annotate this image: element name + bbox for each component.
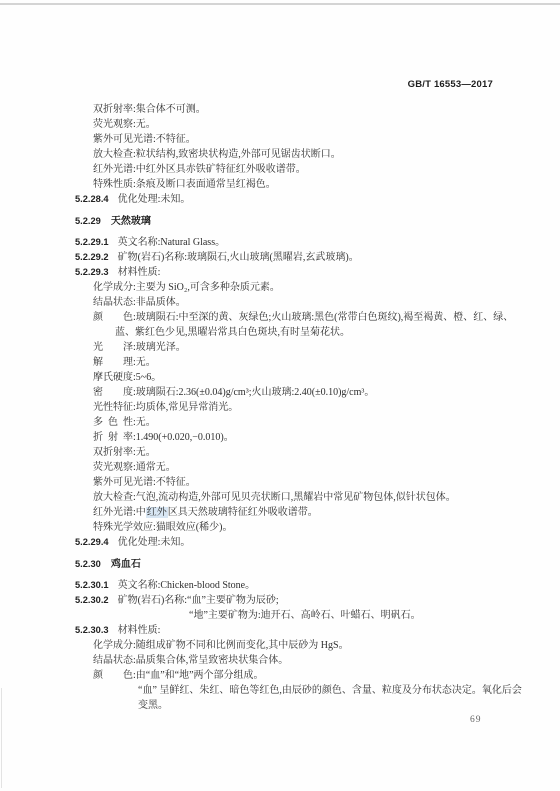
property-label: 放大检查 bbox=[93, 147, 133, 162]
property-label: 双折射率 bbox=[93, 445, 133, 460]
property-label: 化学成分 bbox=[93, 638, 133, 653]
line-text: 不特征。 bbox=[156, 134, 196, 145]
line-text: 无。 bbox=[136, 417, 156, 428]
line-text: 无。 bbox=[136, 447, 156, 458]
property-line: 折射率:1.490(+0.020,−0.010)。 bbox=[93, 430, 525, 445]
continuation-line: “血” 呈鲜红、朱红、暗色等红色,由辰砂的颜色、含量、粒度及分布状态决定。氧化后… bbox=[138, 683, 525, 698]
line-text: 由“血”和“地”两个部分组成。 bbox=[136, 670, 264, 681]
document-content: 双折射率:集合体不可测。荧光观察:无。紫外可见光谱:不特征。放大检查:粒状结构,… bbox=[75, 102, 525, 713]
property-label: 特殊性质 bbox=[93, 177, 133, 192]
line-text: “地”主要矿物为:迪开石、高岭石、叶蜡石、明矾石。 bbox=[189, 610, 421, 621]
line-text: 中 bbox=[136, 507, 146, 518]
property-label: 紫外可见光谱 bbox=[93, 134, 153, 145]
property-label: 折射率 bbox=[93, 430, 133, 445]
standard-number-header: GB/T 16553—2017 bbox=[408, 79, 493, 90]
property-line: 结晶状态:晶质集合体,常呈致密块状集合体。 bbox=[93, 653, 525, 668]
property-line: 荧光观察:通常无。 bbox=[93, 460, 525, 475]
section-number: 5.2.30 bbox=[75, 559, 101, 569]
line-text: 1.490(+0.020,−0.010)。 bbox=[136, 432, 234, 443]
section-number: 5.2.29.1 bbox=[75, 237, 109, 247]
line-text: 优化处理:未知。 bbox=[118, 194, 191, 205]
line-text: 无。 bbox=[136, 357, 156, 368]
line-text: 集合体不可测。 bbox=[136, 104, 206, 115]
property-line: 红外光谱:中红外区具赤铁矿特征红外吸收谱带。 bbox=[93, 162, 525, 177]
property-label: 密度 bbox=[93, 385, 133, 400]
line-text: 玻璃陨石:中至深的黄、灰绿色;火山玻璃:黑色(常带白色斑纹),褐至褐黄、橙、红、… bbox=[136, 312, 514, 323]
line-text: 玻璃光泽。 bbox=[136, 342, 186, 353]
line-text: 蓝、紫红色少见,黑曜岩常具白色斑块,有时呈菊花状。 bbox=[115, 327, 350, 338]
section-number: 5.2.28.4 bbox=[75, 194, 109, 204]
property-label: 多色性 bbox=[93, 415, 133, 430]
property-label: 化学成分 bbox=[93, 280, 133, 295]
property-label: 颜色 bbox=[93, 668, 133, 683]
property-line: 光泽:玻璃光泽。 bbox=[93, 340, 525, 355]
line-text: 主要为 SiO₂,可含多种杂质元素。 bbox=[136, 282, 280, 293]
property-line: 特殊光学效应:猫眼效应(稀少)。 bbox=[93, 520, 525, 535]
numbered-item: 5.2.30.2矿物(岩石)名称:“血”主要矿物为辰砂; bbox=[75, 593, 525, 608]
section-number: 5.2.29.2 bbox=[75, 252, 109, 262]
property-label: 解理 bbox=[93, 355, 133, 370]
section-number: 5.2.30.2 bbox=[75, 595, 109, 605]
property-label: 双折射率 bbox=[93, 102, 133, 117]
numbered-item: 5.2.28.4优化处理:未知。 bbox=[75, 192, 525, 207]
property-label: 红外光谱 bbox=[93, 162, 133, 177]
property-line: 颜色:由“血”和“地”两个部分组成。 bbox=[93, 668, 525, 683]
property-line: 密度:玻璃陨石:2.36(±0.04)g/cm³;火山玻璃:2.40(±0.10… bbox=[93, 385, 525, 400]
property-line: 多色性:无。 bbox=[93, 415, 525, 430]
property-line: 颜色:玻璃陨石:中至深的黄、灰绿色;火山玻璃:黑色(常带白色斑纹),褐至褐黄、橙… bbox=[93, 310, 525, 325]
line-text: 晶质集合体,常呈致密块状集合体。 bbox=[136, 655, 289, 666]
property-label: 荧光观察 bbox=[93, 117, 133, 132]
section-title: 天然玻璃 bbox=[111, 216, 151, 227]
section-number: 5.2.30.1 bbox=[75, 580, 109, 590]
line-text: 英文名称:Natural Glass。 bbox=[118, 237, 226, 248]
section-number: 5.2.29 bbox=[75, 216, 101, 226]
property-line: 结晶状态:非晶质体。 bbox=[93, 295, 525, 310]
line-text: 英文名称:Chicken-blood Stone。 bbox=[118, 580, 256, 591]
property-line: 紫外可见光谱:不特征。 bbox=[93, 475, 525, 490]
property-label: 特殊光学效应 bbox=[93, 522, 153, 533]
property-line: 红外光谱:中红外区具天然玻璃特征红外吸收谱带。 bbox=[93, 505, 525, 520]
property-line: 放大检查:气泡,流动构造,外部可见贝壳状断口,黑耀岩中常见矿物包体,似针状包体。 bbox=[93, 490, 525, 505]
line-text: 通常无。 bbox=[136, 462, 176, 473]
property-label: 紫外可见光谱 bbox=[93, 477, 153, 488]
property-label: 结晶状态 bbox=[93, 295, 133, 310]
property-label: 结晶状态 bbox=[93, 653, 133, 668]
numbered-item: 5.2.30.3材料性质: bbox=[75, 623, 525, 638]
property-line: 放大检查:粒状结构,致密块状构造,外部可见锯齿状断口。 bbox=[93, 147, 525, 162]
property-line: 化学成分:主要为 SiO₂,可含多种杂质元素。 bbox=[93, 280, 525, 295]
property-label: 红外光谱 bbox=[93, 505, 133, 520]
numbered-item: 5.2.29.4优化处理:未知。 bbox=[75, 535, 525, 550]
section-number: 5.2.30.3 bbox=[75, 625, 109, 635]
property-line: 双折射率:无。 bbox=[93, 445, 525, 460]
line-text: “血” 呈鲜红、朱红、暗色等红色,由辰砂的颜色、含量、粒度及分布状态决定。氧化后… bbox=[138, 685, 522, 696]
line-text: 材料性质: bbox=[118, 625, 161, 636]
line-text: 材料性质: bbox=[118, 267, 161, 278]
property-line: 光性特征:均质体,常见异常消光。 bbox=[93, 400, 525, 415]
line-text: 非晶质体。 bbox=[136, 297, 186, 308]
continuation-line: 蓝、紫红色少见,黑曜岩常具白色斑块,有时呈菊花状。 bbox=[115, 325, 525, 340]
line-text: 均质体,常见异常消光。 bbox=[136, 402, 239, 413]
line-text: 气泡,流动构造,外部可见贝壳状断口,黑耀岩中常见矿物包体,似针状包体。 bbox=[136, 492, 456, 503]
section-heading: 5.2.29天然玻璃 bbox=[75, 214, 525, 229]
property-label: 光泽 bbox=[93, 340, 133, 355]
line-text: 5~6。 bbox=[136, 372, 161, 383]
section-number: 5.2.29.3 bbox=[75, 267, 109, 277]
numbered-item: 5.2.29.1英文名称:Natural Glass。 bbox=[75, 235, 525, 250]
property-label: 光性特征 bbox=[93, 400, 133, 415]
line-text: 优化处理:未知。 bbox=[118, 537, 191, 548]
numbered-item: 5.2.29.3材料性质: bbox=[75, 265, 525, 280]
property-line: 解理:无。 bbox=[93, 355, 525, 370]
property-label: 荧光观察 bbox=[93, 460, 133, 475]
continuation-line: 变黑。 bbox=[138, 698, 525, 713]
page-number: 69 bbox=[470, 715, 482, 725]
property-label: 颜色 bbox=[93, 310, 133, 325]
scan-edge-left bbox=[1, 688, 2, 788]
line-text: 猫眼效应(稀少)。 bbox=[156, 522, 233, 533]
line-text: 粒状结构,致密块状构造,外部可见锯齿状断口。 bbox=[136, 149, 341, 160]
line-text: 不特征。 bbox=[156, 477, 196, 488]
document-page: GB/T 16553—2017 双折射率:集合体不可测。荧光观察:无。紫外可见光… bbox=[0, 0, 560, 791]
continuation-line: “地”主要矿物为:迪开石、高岭石、叶蜡石、明矾石。 bbox=[189, 608, 525, 623]
line-text: 中红外区具赤铁矿特征红外吸收谱带。 bbox=[136, 164, 306, 175]
line-text: 无。 bbox=[136, 119, 156, 130]
numbered-item: 5.2.30.1英文名称:Chicken-blood Stone。 bbox=[75, 578, 525, 593]
line-text: 随组成矿物不同和比例而变化,其中辰砂为 HgS。 bbox=[136, 640, 349, 651]
line-text: 条痕及断口表面通常呈红褐色。 bbox=[136, 179, 276, 190]
property-line: 特殊性质:条痕及断口表面通常呈红褐色。 bbox=[93, 177, 525, 192]
section-heading: 5.2.30鸡血石 bbox=[75, 557, 525, 572]
line-text: 变黑。 bbox=[138, 700, 168, 711]
highlighted-text: 红外 bbox=[146, 507, 168, 518]
property-line: 摩氏硬度:5~6。 bbox=[93, 370, 525, 385]
property-line: 双折射率:集合体不可测。 bbox=[93, 102, 525, 117]
property-label: 摩氏硬度 bbox=[93, 370, 133, 385]
section-title: 鸡血石 bbox=[111, 559, 141, 570]
numbered-item: 5.2.29.2矿物(岩石)名称:玻璃陨石,火山玻璃(黑曜岩,玄武玻璃)。 bbox=[75, 250, 525, 265]
line-text: 区具天然玻璃特征红外吸收谱带。 bbox=[168, 507, 318, 518]
line-text: 矿物(岩石)名称:“血”主要矿物为辰砂; bbox=[118, 595, 279, 606]
property-line: 紫外可见光谱:不特征。 bbox=[93, 132, 525, 147]
line-text: 矿物(岩石)名称:玻璃陨石,火山玻璃(黑曜岩,玄武玻璃)。 bbox=[118, 252, 359, 263]
line-text: 玻璃陨石:2.36(±0.04)g/cm³;火山玻璃:2.40(±0.10)g/… bbox=[136, 387, 375, 398]
section-number: 5.2.29.4 bbox=[75, 537, 109, 547]
scan-edge-top bbox=[0, 3, 560, 5]
property-label: 放大检查 bbox=[93, 490, 133, 505]
property-line: 化学成分:随组成矿物不同和比例而变化,其中辰砂为 HgS。 bbox=[93, 638, 525, 653]
property-line: 荧光观察:无。 bbox=[93, 117, 525, 132]
